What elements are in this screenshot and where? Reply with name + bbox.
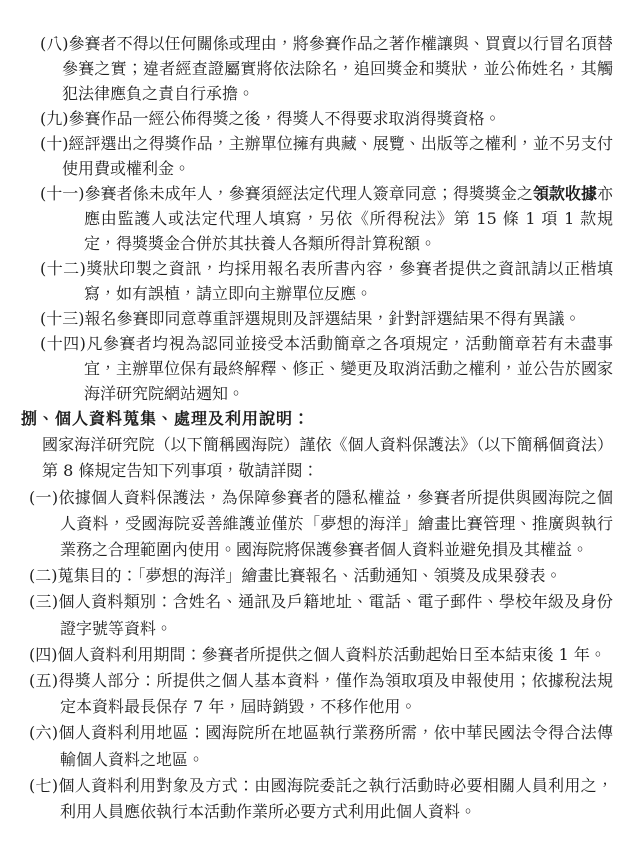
privacy-item-3: (三)個人資料類別：含姓名、通訊及戶籍地址、電話、電子郵件、學校年級及身份證字號… (29, 589, 613, 641)
privacy-item-6-text: 個人資料利用地區：國海院所在地區執行業務所需，依中華民國法令得合法傳輸個人資料之… (58, 723, 613, 768)
privacy-item-7: (七)個人資料利用對象及方式：由國海院委託之執行活動時必要相關人員利用之，利用人… (29, 773, 613, 825)
privacy-item-4-text: 個人資料利用期間：參賽者所提供之個人資料於活動起始日至本結束後 1 年。 (58, 645, 606, 664)
term-item-9-label: (九) (40, 109, 69, 128)
privacy-item-5-label: (五) (29, 671, 58, 690)
privacy-section: 捌、個人資料蒐集、處理及利用說明： 國家海洋研究院（以下簡稱國海院）謹依《個人資… (21, 406, 613, 825)
term-item-12: (十二)獎狀印製之資訊，均採用報名表所書內容，參賽者提供之資訊請以正楷填寫，如有… (40, 256, 613, 306)
term-item-11-label: (十一) (40, 184, 85, 203)
contest-terms-section: (八)參賽者不得以任何關係或理由，將參賽作品之著作權讓與、買賣以行冒名頂替參賽之… (21, 31, 613, 406)
term-item-14-text: 凡參賽者均視為認同並接受本活動簡章之各項規定，活動簡章若有未盡事宜，主辦單位保有… (84, 334, 613, 403)
privacy-item-5-text: 得獎人部分：所提供之個人基本資料，僅作為領取項及申報使用；依據稅法規定本資料最長… (58, 671, 613, 716)
privacy-item-7-text: 個人資料利用對象及方式：由國海院委託之執行活動時必要相關人員利用之，利用人員應依… (58, 776, 613, 821)
privacy-item-6: (六)個人資料利用地區：國海院所在地區執行業務所需，依中華民國法令得合法傳輸個人… (29, 720, 613, 772)
term-item-8-label: (八) (40, 34, 69, 53)
term-item-10-label: (十) (40, 134, 69, 153)
privacy-item-4-label: (四) (29, 645, 58, 664)
privacy-item-2-label: (二) (29, 566, 58, 585)
privacy-item-7-label: (七) (29, 776, 58, 795)
privacy-item-2: (二)蒐集目的：「夢想的海洋」繪畫比賽報名、活動通知、領獎及成果發表。 (29, 563, 613, 589)
term-item-9-text: 參賽作品一經公佈得獎之後，得獎人不得要求取消得獎資格。 (69, 109, 501, 128)
term-item-11-bold-text: 領款收據 (533, 184, 597, 203)
privacy-item-2-text: 蒐集目的：「夢想的海洋」繪畫比賽報名、活動通知、領獎及成果發表。 (58, 566, 562, 585)
term-item-13-label: (十三) (40, 309, 85, 328)
privacy-intro: 國家海洋研究院（以下簡稱國海院）謹依《個人資料保護法》（以下簡稱個資法）第 8 … (42, 432, 613, 484)
term-item-13: (十三)報名參賽即同意尊重評選規則及評選結果，針對評選結果不得有異議。 (40, 306, 613, 331)
privacy-section-heading: 捌、個人資料蒐集、處理及利用說明： (21, 406, 613, 432)
privacy-item-3-label: (三) (29, 592, 58, 611)
privacy-item-1-label: (一) (29, 488, 58, 507)
term-item-10: (十)經評選出之得獎作品，主辦單位擁有典藏、展覽、出版等之權利，並不另支付使用費… (40, 131, 613, 181)
term-item-11-text-before: 參賽者係未成年人，參賽須經法定代理人簽章同意；得獎獎金之 (85, 184, 533, 203)
term-item-11: (十一)參賽者係未成年人，參賽須經法定代理人簽章同意；得獎獎金之領款收據亦應由監… (40, 181, 613, 256)
term-item-13-text: 報名參賽即同意尊重評選規則及評選結果，針對評選結果不得有異議。 (85, 309, 581, 328)
term-item-9: (九)參賽作品一經公佈得獎之後，得獎人不得要求取消得獎資格。 (40, 106, 613, 131)
term-item-14: (十四)凡參賽者均視為認同並接受本活動簡章之各項規定，活動簡章若有未盡事宜，主辦… (40, 331, 613, 406)
term-item-12-text: 獎狀印製之資訊，均採用報名表所書內容，參賽者提供之資訊請以正楷填寫，如有誤植，請… (84, 259, 613, 303)
term-item-14-label: (十四) (40, 334, 86, 353)
privacy-item-6-label: (六) (29, 723, 58, 742)
term-item-8: (八)參賽者不得以任何關係或理由，將參賽作品之著作權讓與、買賣以行冒名頂替參賽之… (40, 31, 613, 106)
privacy-item-3-text: 個人資料類別：含姓名、通訊及戶籍地址、電話、電子郵件、學校年級及身份證字號等資料… (58, 592, 613, 637)
term-item-12-label: (十二) (40, 259, 86, 278)
term-item-8-text: 參賽者不得以任何關係或理由，將參賽作品之著作權讓與、買賣以行冒名頂替參賽之實；違… (62, 34, 613, 103)
privacy-item-1-text: 依據個人資料保護法，為保障參賽者的隱私權益，參賽者所提供與國海院之個人資料，受國… (58, 488, 613, 559)
term-item-10-text: 經評選出之得獎作品，主辦單位擁有典藏、展覽、出版等之權利，並不另支付使用費或權利… (62, 134, 613, 178)
document-page: (八)參賽者不得以任何關係或理由，將參賽作品之著作權讓與、買賣以行冒名頂替參賽之… (0, 0, 635, 862)
privacy-item-1: (一)依據個人資料保護法，為保障參賽者的隱私權益，參賽者所提供與國海院之個人資料… (29, 485, 613, 564)
privacy-item-4: (四)個人資料利用期間：參賽者所提供之個人資料於活動起始日至本結束後 1 年。 (29, 642, 613, 668)
privacy-item-5: (五)得獎人部分：所提供之個人基本資料，僅作為領取項及申報使用；依據稅法規定本資… (29, 668, 613, 720)
